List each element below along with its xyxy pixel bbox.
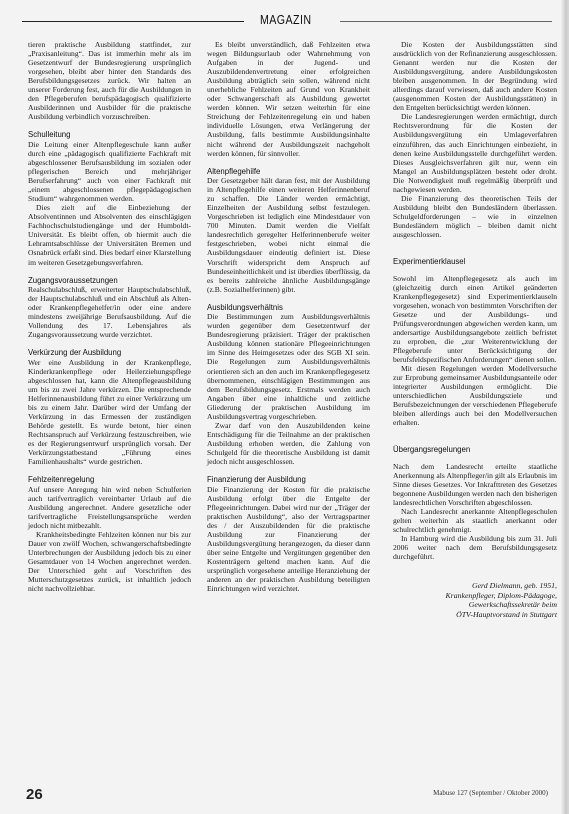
page-number: 26 [26,786,43,803]
section-heading: Ausbildungsverhältnis [207,303,370,313]
text-column-right: Die Kosten der Ausbildungsstätten sind a… [393,40,557,619]
body-paragraph: Krankheitsbedingte Fehlzeiten können nur… [28,530,191,593]
body-paragraph: Die Landesregierungen werden ermächtigt,… [393,112,557,193]
section-heading: Experimentierklausel [393,257,557,267]
magazine-page: MAGAZIN tieren praktische Ausbildung sta… [0,0,562,814]
body-paragraph: Die Bestimmungen zum Ausbildungsverhältn… [207,312,370,421]
section-heading: Zugangsvoraussetzungen [28,276,191,286]
section-heading: Übergangsregelungen [393,445,557,455]
body-paragraph: Die Finanzierung der Kosten für die prak… [207,485,370,594]
body-paragraph: Realschulabschluß, erweiterter Hauptschu… [28,285,191,339]
section-heading: Schulleitung [28,130,191,140]
body-paragraph: Es bleibt unverständlich, daß Fehlzeiten… [207,40,370,158]
body-paragraph: Mit diesen Regelungen werden Modellversu… [393,364,557,427]
scan-edge-shadow [561,0,569,814]
body-paragraph: Dies zielt auf die Einbeziehung der Abso… [28,203,191,266]
text-column-left: tieren praktische Ausbildung stattfindet… [28,40,191,593]
body-paragraph: tieren praktische Ausbildung stattfindet… [28,40,191,121]
body-paragraph: Auf unsere Anregung hin wird neben Schul… [28,485,191,530]
body-paragraph: Die Finanzierung des theoretischen Teils… [393,194,557,239]
body-paragraph: Die Leitung einer Altenpflegeschule kann… [28,140,191,203]
section-title: MAGAZIN [260,12,311,27]
signature-line: Gewerkschaftssekretär beim [393,600,557,609]
body-paragraph: Der Gesetzgeber hält daran fest, mit der… [207,176,370,294]
body-paragraph: Wer eine Ausbildung in der Krankenpflege… [28,358,191,467]
header-rule-left [22,21,244,22]
issue-info: Mabuse 127 (September / Oktober 2000) [433,789,548,797]
page-header: MAGAZIN [22,14,552,28]
section-heading: Altenpflegehilfe [207,167,370,177]
signature-line: ÖTV-Hauptvorstand in Stuttgart [393,610,557,619]
section-heading: Finanzierung der Ausbildung [207,475,370,485]
signature-line: Krankenpfleger, Diplom-Pädagoge, [393,591,557,600]
body-paragraph: Sowohl im Altenpflegegesetz als auch im … [393,274,557,364]
author-signature: Gerd Dielmann, geb. 1951,Krankenpfleger,… [393,581,557,619]
header-rule-right [340,21,552,22]
body-paragraph: Nach dem Landesrecht erteilte staatliche… [393,462,557,507]
section-heading: Fehlzeitenregelung [28,475,191,485]
text-column-middle: Es bleibt unverständlich, daß Fehlzeiten… [207,40,370,593]
body-paragraph: In Hamburg wird die Ausbildung bis zum 3… [393,534,557,561]
signature-line: Gerd Dielmann, geb. 1951, [393,581,557,590]
body-paragraph: Nach Landesrecht anerkannte Altenpfleges… [393,507,557,534]
body-paragraph: Die Kosten der Ausbildungsstätten sind a… [393,40,557,112]
section-heading: Verkürzung der Ausbildung [28,348,191,358]
body-paragraph: Zwar darf von den Auszubildenden keine E… [207,421,370,466]
